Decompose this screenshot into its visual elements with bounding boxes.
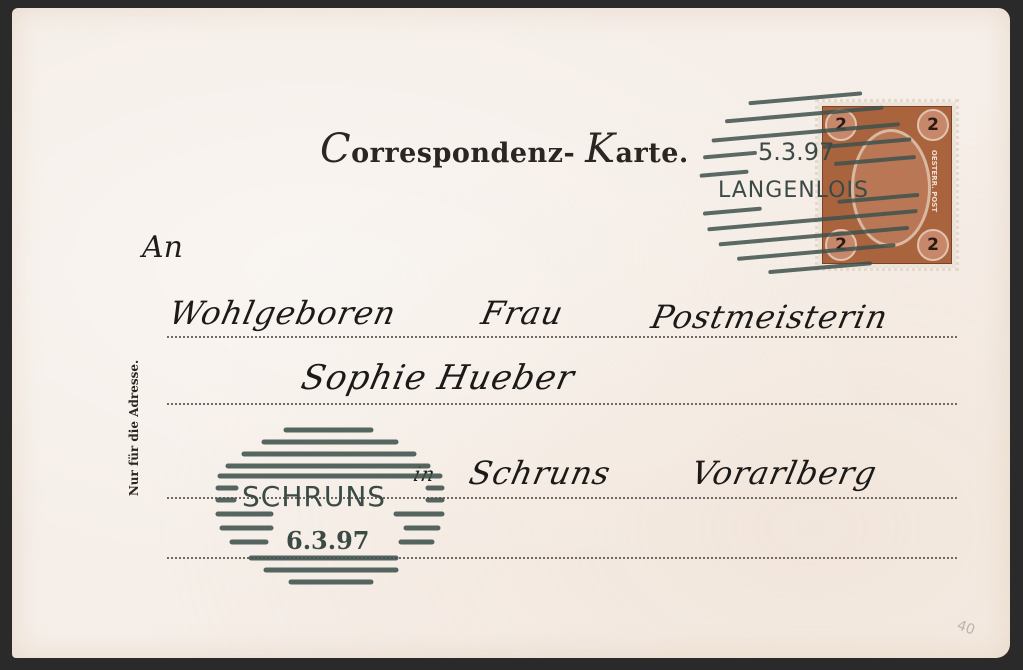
postmark-place: SCHRUNS xyxy=(242,480,386,513)
address-line-rule xyxy=(167,403,957,405)
handwriting-title: Frau xyxy=(478,294,567,332)
pencil-price-note: 40 xyxy=(955,617,977,638)
handwriting-region: Vorarlberg xyxy=(688,454,881,492)
arrival-postmark: SCHRUNS 6.3.97 xyxy=(206,418,446,588)
card-heading: Correspondenz- Karte. xyxy=(320,126,689,172)
postmark-place: LANGENLOIS xyxy=(718,178,869,203)
handwriting-occupation: Postmeisterin xyxy=(648,298,892,336)
handwriting-town: Schruns xyxy=(466,454,614,492)
postmark-date: 5.3.97 xyxy=(758,138,834,166)
postmark-date: 6.3.97 xyxy=(286,526,370,555)
handwriting-title: Wohlgeboren xyxy=(166,294,400,332)
address-line-rule xyxy=(167,336,957,338)
salutation: An xyxy=(142,230,183,265)
postcard: Correspondenz- Karte. Nur für die Adress… xyxy=(12,8,1010,658)
departure-postmark: 5.3.97 LANGENLOIS xyxy=(688,86,938,286)
handwriting-recipient-name: Sophie Hueber xyxy=(298,358,579,398)
address-only-note: Nur für die Adresse. xyxy=(127,360,141,496)
